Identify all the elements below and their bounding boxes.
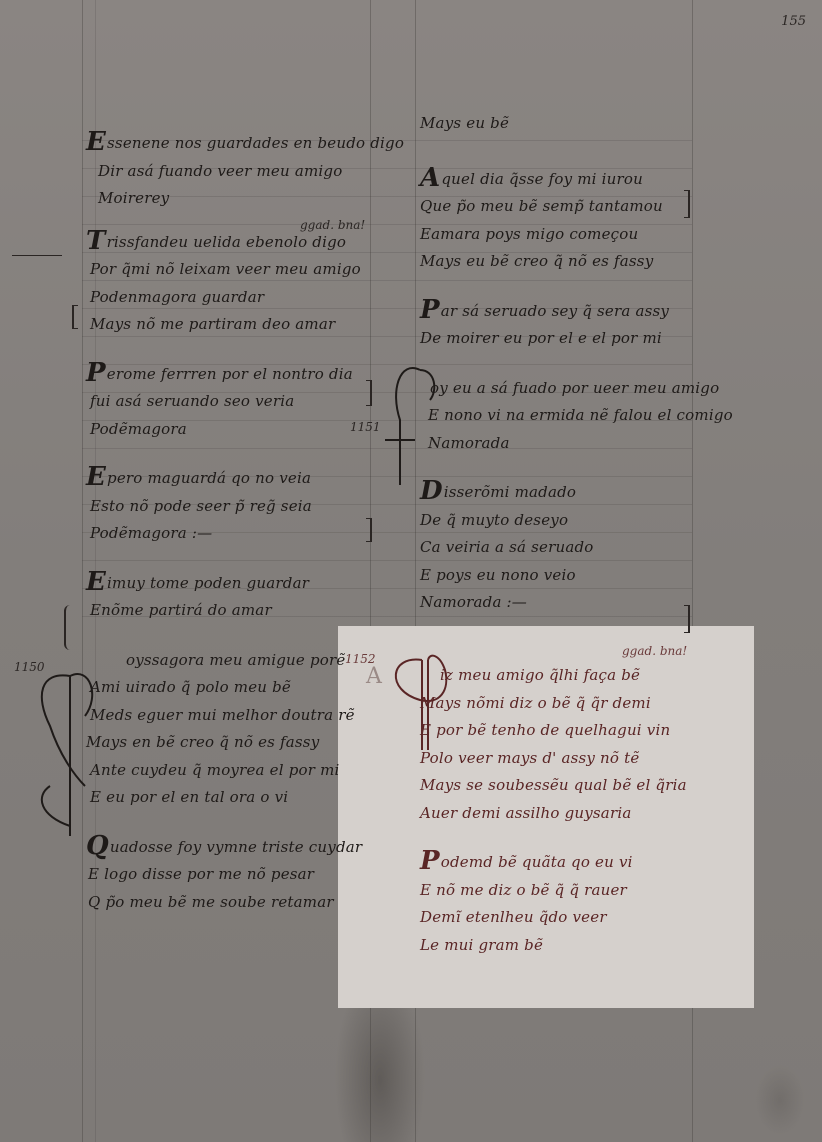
left-column: Essenene nos guardades en beudo digo Dir…: [86, 130, 404, 938]
verse-line: Ca veiria a sá seruado: [420, 534, 733, 562]
verse-line: Esto nõ pode seer p̃ reg̃ seia: [86, 493, 404, 521]
verse-line: Por q̃mi nõ leixam veer meu amigo: [86, 256, 404, 284]
verse-line: Polo veer mays d' assy nõ tẽ: [420, 745, 687, 773]
verse-line: Eamara poys migo começou: [420, 221, 733, 249]
marginal-gloss: ggad. bna!: [622, 644, 687, 658]
initial-letter: Q: [86, 831, 109, 861]
initial-letter: P: [420, 295, 440, 325]
verse-line: Epero maguardá qo no veia: [86, 465, 404, 493]
verse-line: Mays nõ me partiram deo amar: [86, 311, 404, 339]
stanza: Perome ferrren por el nontro dia fui asá…: [86, 361, 404, 444]
initial-letter: P: [86, 358, 106, 388]
manuscript-page: 155 ggad. bna! ggad. bna! 1150 1151 1152…: [0, 0, 822, 1142]
stanza: Quadosse foy vymne triste cuydar E logo …: [86, 834, 404, 917]
verse-line: Mays nõmi diz o bẽ q̃ q̃r demi: [420, 690, 687, 718]
verse-line: E nono vi na ermida nẽ falou el comigo: [420, 402, 733, 430]
verse-line: Podemd bẽ quãta qo eu vi: [420, 849, 687, 877]
verse-line: Mays eu bẽ: [420, 110, 733, 138]
initial-letter: D: [420, 476, 443, 506]
initial-letter: T: [86, 226, 106, 256]
stanza: iz meu amigo q̃lhi faça bẽ Mays nõmi diz…: [420, 662, 687, 827]
margin-dash: [12, 255, 62, 256]
verse-line: Demĩ etenlheu q̃do veer: [420, 904, 687, 932]
verse-line: Mays eu bẽ creo q̃ nõ es fassy: [420, 248, 733, 276]
stanza: oy eu a sá fuado por ueer meu amigo E no…: [420, 375, 733, 458]
verse-line: Trissfandeu uelida ebenolo digo: [86, 229, 404, 257]
verse-line: E logo disse por me nõ pesar: [86, 861, 404, 889]
stanza: Podemd bẽ quãta qo eu vi E nõ me diz o b…: [420, 849, 687, 959]
verse-line: Quadosse foy vymne triste cuydar: [86, 834, 404, 862]
verse-line: Q p̃o meu bẽ me soube retamar: [86, 889, 404, 917]
initial-letter: E: [86, 127, 106, 157]
verse-line: Que p̃o meu bẽ semp̃ tantamou: [420, 193, 733, 221]
initial-letter: P: [420, 846, 440, 876]
verse-line: Eimuy tome poden guardar: [86, 570, 404, 598]
verse-line: Podenmagora guardar: [86, 284, 404, 312]
verse-line: Meds eguer mui melhor doutra rẽ: [86, 702, 404, 730]
verse-line: oy eu a sá fuado por ueer meu amigo: [420, 375, 733, 403]
verse-line: Mays en bẽ creo q̃ nõ es fassy: [86, 729, 404, 757]
verse-line: Namorada: [420, 430, 733, 458]
verse-line: Namorada :—: [420, 589, 733, 617]
verse-line: Moirerey: [86, 185, 404, 213]
verse-line: Auer demi assilho guysaria: [420, 800, 687, 828]
verse-line: Mays se soubessẽu qual bẽ el q̃ria: [420, 772, 687, 800]
verse-line: Par sá seruado sey q̃ sera assy: [420, 298, 733, 326]
verse-line: De moirer eu por el e el por mi: [420, 325, 733, 353]
verse-line: Aquel dia q̃sse foy mi iurou: [420, 166, 733, 194]
poem-number: 1150: [14, 660, 45, 674]
stanza: Essenene nos guardades en beudo digo Dir…: [86, 130, 404, 213]
verse-line: E poys eu nono veio: [420, 562, 733, 590]
verse-line: Podẽmagora :—: [86, 520, 404, 548]
folio-number: 155: [781, 14, 806, 29]
highlighted-text-block: iz meu amigo q̃lhi faça bẽ Mays nõmi diz…: [420, 662, 687, 981]
verse-line: Podẽmagora: [86, 416, 404, 444]
verse-line: E eu por el en tal ora o vi: [86, 784, 404, 812]
verse-line: Disserõmi madado: [420, 479, 733, 507]
stanza: Aquel dia q̃sse foy mi iurou Que p̃o meu…: [420, 166, 733, 276]
initial-letter: A: [420, 163, 440, 193]
stanza: Trissfandeu uelida ebenolo digo Por q̃mi…: [86, 229, 404, 339]
stanza: Eimuy tome poden guardar Enõme partirá d…: [86, 570, 404, 625]
verse-line: E por bẽ tenho de quelhagui vin: [420, 717, 687, 745]
verse-line: Ante cuydeu q̃ moyrea el por mi: [86, 757, 404, 785]
stanza: oyssagora meu amigue porẽ Ami uirado q̃ …: [86, 647, 404, 812]
initial-letter: E: [86, 567, 106, 597]
verse-line: iz meu amigo q̃lhi faça bẽ: [420, 662, 687, 690]
verse-line: De q̃ muyto deseyo: [420, 507, 733, 535]
stanza: Epero maguardá qo no veia Esto nõ pode s…: [86, 465, 404, 548]
stanza: Disserõmi madado De q̃ muyto deseyo Ca v…: [420, 479, 733, 617]
verse-line: oyssagora meu amigue porẽ: [86, 647, 404, 675]
bracket-mark: [72, 305, 78, 329]
stanza: Mays eu bẽ: [420, 110, 733, 138]
verse-line: Ami uirado q̃ polo meu bẽ: [86, 674, 404, 702]
verse-line: Dir asá fuando veer meu amigo: [86, 158, 404, 186]
verse-line: Perome ferrren por el nontro dia: [86, 361, 404, 389]
verse-line: Le mui gram bẽ: [420, 932, 687, 960]
initial-letter: E: [86, 462, 106, 492]
ruling-line: [82, 0, 83, 1142]
verse-line: Essenene nos guardades en beudo digo: [86, 130, 404, 158]
right-column: Mays eu bẽ Aquel dia q̃sse foy mi iurou …: [420, 110, 733, 639]
verse-line: E nõ me diz o bẽ q̃ q̃ rauer: [420, 877, 687, 905]
verse-line: fui asá seruando seo veria: [86, 388, 404, 416]
stanza: Par sá seruado sey q̃ sera assy De moire…: [420, 298, 733, 353]
verse-line: Enõme partirá do amar: [86, 597, 404, 625]
bracket-mark: [64, 605, 70, 650]
